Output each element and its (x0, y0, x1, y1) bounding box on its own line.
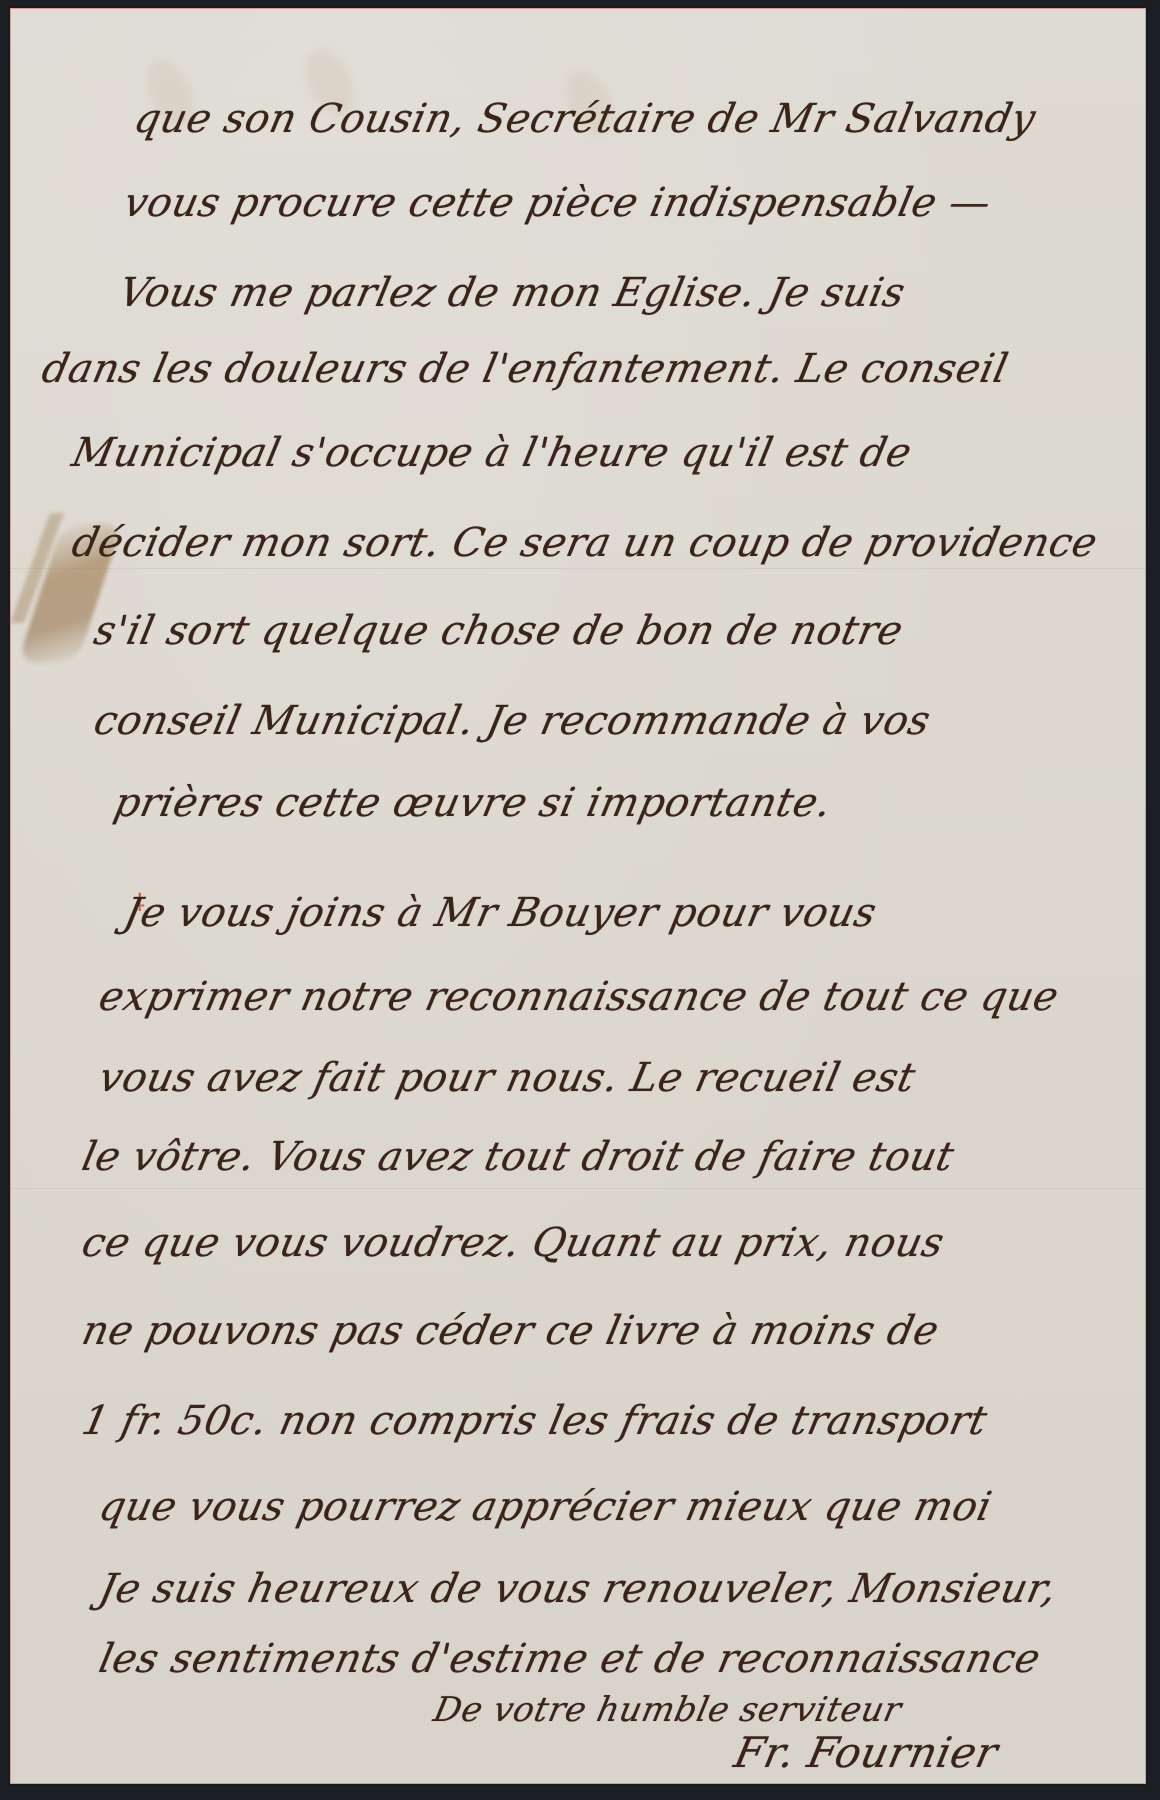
letter-line-12: vous avez fait pour nous. Le recueil est (95, 1055, 920, 1101)
letter-line-11: exprimer notre reconnaissance de tout ce… (95, 974, 1063, 1020)
letter-line-1: que son Cousin, Secrétaire de Mr Salvand… (130, 96, 1040, 142)
letter-line-9: prières cette œuvre si importante. (110, 780, 836, 826)
letter-line-6: décider mon sort. Ce sera un coup de pro… (68, 520, 1102, 566)
letter-line-3: Vous me parlez de mon Eglise. Je suis (115, 270, 909, 316)
letter-signature: Fr. Fournier (730, 1728, 1002, 1777)
letter-paper: ⸸ que son Cousin, Secrétaire de Mr Salva… (10, 8, 1146, 1784)
letter-line-8: conseil Municipal. Je recommande à vos (90, 698, 935, 744)
letter-line-5: Municipal s'occupe à l'heure qu'il est d… (68, 430, 916, 476)
letter-line-17: que vous pourrez apprécier mieux que moi (95, 1484, 996, 1530)
letter-line-15: ne pouvons pas céder ce livre à moins de (78, 1308, 943, 1354)
letter-line-14: ce que vous voudrez. Quant au prix, nous (78, 1220, 948, 1266)
letter-line-4: dans les douleurs de l'enfantement. Le c… (38, 346, 1012, 392)
letter-closing: De votre humble serviteur (430, 1690, 905, 1730)
letter-line-19: les sentiments d'estime et de reconnaiss… (95, 1636, 1045, 1682)
letter-line-7: s'il sort quelque chose de bon de notre (90, 608, 907, 654)
letter-line-13: le vôtre. Vous avez tout droit de faire … (78, 1134, 958, 1180)
letter-line-10: Je vous joins à Mr Bouyer pour vous (120, 890, 881, 936)
paper-fold-line (10, 1188, 1146, 1189)
paper-fold-line (10, 568, 1146, 569)
letter-line-2: vous procure cette pièce indispensable — (120, 180, 995, 226)
letter-line-16: 1 fr. 50c. non compris les frais de tran… (78, 1398, 991, 1444)
letter-line-18: Je suis heureux de vous renouveler, Mons… (95, 1566, 1061, 1612)
